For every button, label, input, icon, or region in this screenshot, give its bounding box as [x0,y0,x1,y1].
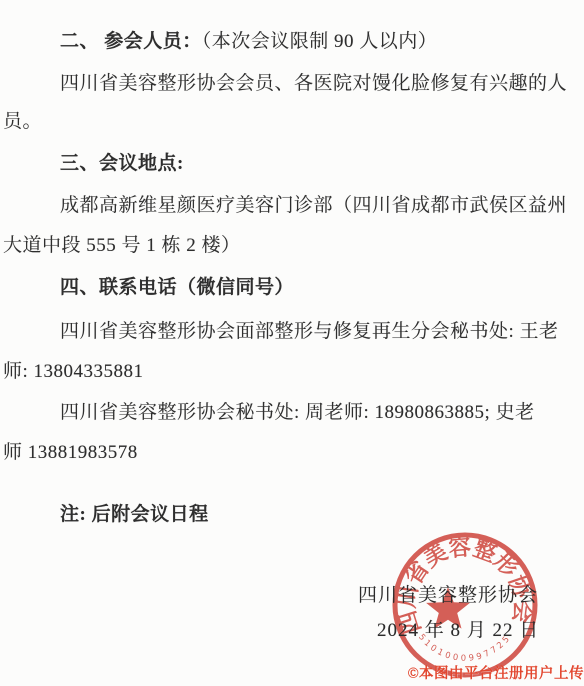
note-line: 注: 后附会议日程 [60,503,584,527]
paragraph-contact2-line2: 师 13881983578 [3,441,551,465]
paragraph-attendees-line1: 四川省美容整形协会会员、各医院对馒化脸修复有兴趣的人 [60,72,584,96]
document-page: 二、 参会人员：（本次会议限制 90 人以内） 四川省美容整形协会会员、各医院对… [0,0,584,686]
paragraph-contact1-line2: 师: 13804335881 [3,360,551,384]
heading-attendees-note: （本次会议限制 90 人以内） [202,31,438,52]
heading-attendees: 二、 参会人员：（本次会议限制 90 人以内） [3,30,551,54]
signature-date: 2024 年 8 月 22 日 [377,615,539,642]
heading-attendees-label: 二、 参会人员： [60,31,202,52]
platform-watermark: ©本图由平台注册用户上传 [408,662,584,683]
paragraph-attendees-line2: 员。 [3,110,551,134]
heading-location: 三、会议地点: [60,152,584,176]
paragraph-location-line1: 成都高新维星颜医疗美容门诊部（四川省成都市武侯区益州 [60,194,584,218]
signature-org-name: 四川省美容整形协会 [358,580,538,607]
paragraph-contact2-line1: 四川省美容整形协会秘书处: 周老师: 18980863885; 史老 [60,401,584,425]
heading-contacts: 四、联系电话（微信同号） [60,276,584,300]
paragraph-contact1-line1: 四川省美容整形协会面部整形与修复再生分会秘书处: 王老 [60,320,584,344]
paragraph-location-line2: 大道中段 555 号 1 栋 2 楼） [3,234,551,258]
